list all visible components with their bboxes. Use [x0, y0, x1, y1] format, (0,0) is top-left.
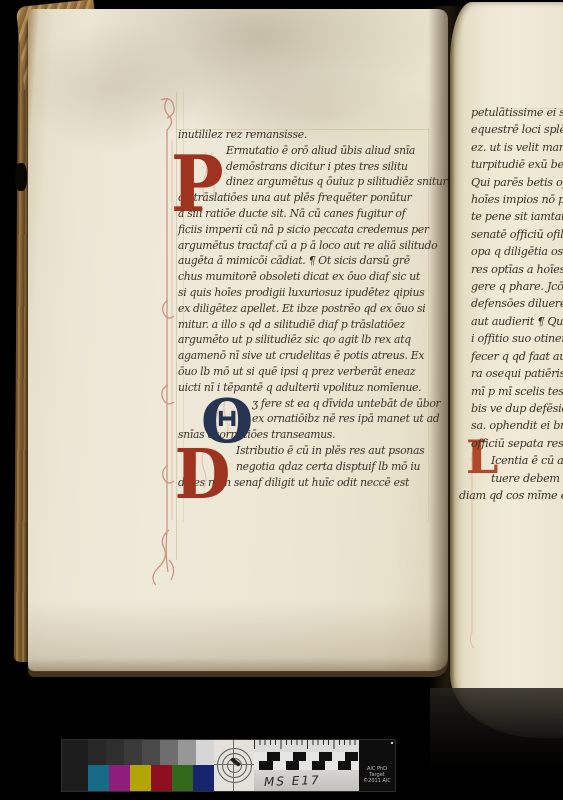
gray-patch — [88, 740, 106, 765]
gray-patch — [196, 740, 214, 765]
credit-line-2: ©2011 AIC — [361, 778, 393, 784]
gray-patch — [160, 740, 178, 765]
gray-patch — [178, 740, 196, 765]
manuscript-line: equestrē loci splēdor — [471, 121, 563, 138]
target-credit-text: AIC PhD Target ©2011 AIC — [361, 766, 393, 784]
manuscript-line: petulātissime ei sep — [471, 104, 563, 121]
color-patch-grid — [88, 740, 214, 791]
manuscript-line: gere q phare. Jcōsato — [471, 278, 563, 295]
ruler-ticks — [254, 740, 359, 752]
manuscript-line: ōuo lb mō ut si quē ipsi q prez verberāt… — [178, 364, 434, 380]
target-right-cap: AIC PhD Target ©2011 AIC — [359, 740, 395, 791]
left-page-bottom-shadow — [28, 600, 448, 672]
color-patch-magenta — [109, 765, 130, 791]
crosshair-vertical — [233, 740, 234, 791]
manuscript-line: tuere debem — [471, 470, 563, 487]
manuscript-line: defensōes diluere. Upt — [471, 295, 563, 312]
manuscript-line: senatē officiū ofilio c — [471, 226, 563, 243]
manuscript-line: diam qd cos mīme et — [459, 487, 563, 504]
color-patch-green — [172, 765, 193, 791]
gray-patch — [124, 740, 142, 765]
ruler-section: MS E17 — [254, 740, 359, 791]
gray-patch — [142, 740, 160, 765]
table-shadow — [430, 688, 563, 768]
illuminated-initial-P: P — [171, 146, 224, 224]
gray-patch — [106, 740, 124, 765]
manuscript-line: i offitio suo otinere. Qu — [471, 330, 563, 347]
manuscript-line: agamenō nī sive ut crudelitas ē potis at… — [178, 348, 434, 364]
manuscript-line: aut audierit ¶ Quct — [471, 313, 563, 330]
manuscript-line: hoīes impios nō placi — [471, 191, 563, 208]
manuscript-line: chus mumitorē obsoleti dicat ex ōuo diaf… — [178, 269, 434, 285]
manuscript-line: te pene sit iamtate ei — [471, 208, 563, 225]
manuscript-line: si quis hoīes prodigii luxuriosuz ipudēt… — [178, 285, 434, 301]
focus-target-icon — [214, 740, 254, 791]
color-patch-teal — [88, 765, 109, 791]
manuscript-line: ez. ut is velit mariā — [471, 139, 563, 156]
target-left-cap — [62, 740, 88, 791]
manuscript-line: Icentia ē cū a — [471, 452, 563, 469]
color-patch-red — [151, 765, 172, 791]
manuscript-line: argumētus tractaf cū a p ā loco aut re a… — [178, 238, 434, 254]
chromatic-patch-row — [88, 765, 214, 791]
color-patch-yellow — [130, 765, 151, 791]
calibration-target-bar: MS E17 AIC PhD Target ©2011 AIC — [62, 740, 395, 791]
right-page-text-block: petulātissime ei sep equestrē loci splēd… — [471, 104, 563, 504]
checker-scale-row-1 — [254, 752, 359, 761]
manuscript-line: ex diligētez apellet. Et ibze postrēo qd… — [178, 301, 434, 317]
manuscript-line: mitur. a illo s qd a silitudiē diaf p tr… — [178, 317, 434, 333]
credit-line-1: AIC PhD Target — [361, 766, 393, 778]
manuscript-line: officiū sepata res dmit — [471, 435, 563, 452]
manuscript-line: mī p mī scelis testis c — [471, 383, 563, 400]
manuscript-line: opa q diligētia oseq f — [471, 243, 563, 260]
manuscript-line: ra osequi patiēris ius a — [471, 365, 563, 382]
shelfmark-label-strip: MS E17 — [254, 770, 359, 791]
manuscript-line: sa. ophendit ei breuī — [471, 417, 563, 434]
manuscript-line: Qui parēs betis oft — [471, 174, 563, 191]
manuscript-line: res optīas a hoīes rto — [471, 261, 563, 278]
checker-scale-row-2 — [254, 761, 359, 770]
shelfmark-label: MS E17 — [264, 773, 321, 789]
manuscript-line: turpitudiē exū benef — [471, 156, 563, 173]
color-patch-navy — [193, 765, 214, 791]
grayscale-patch-row — [88, 740, 214, 765]
registration-dot — [391, 742, 393, 744]
manuscript-line: augēta ā mimicōi cādiat. ¶ Ot sicis dars… — [178, 253, 434, 269]
page-edge-notch — [15, 163, 27, 191]
manuscript-line: argumēto ut p silitudiēz sic qo agit lb … — [178, 332, 434, 348]
manuscript-line: bis ve dup defēsiōes f — [471, 400, 563, 417]
manuscript-line: fecer q qd faat aut aut — [471, 348, 563, 365]
illuminated-initial-D: D — [174, 441, 230, 509]
